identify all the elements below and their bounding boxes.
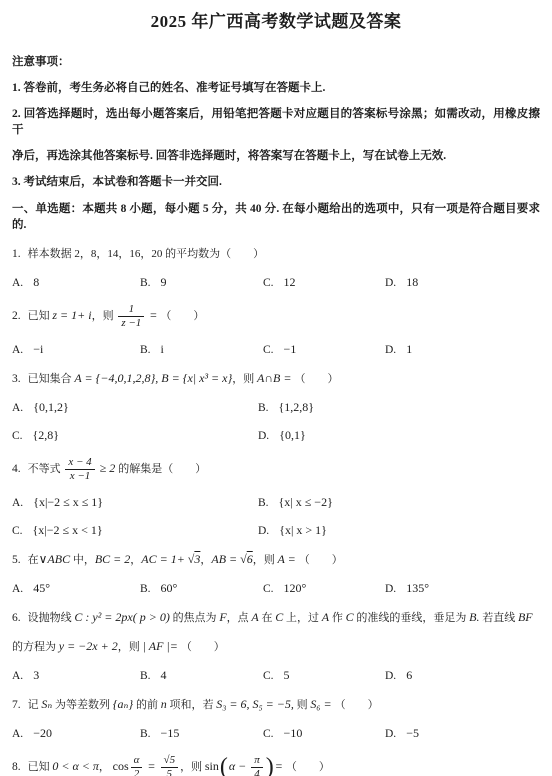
option-d: D.6 — [385, 668, 540, 683]
question-4: 4.不等式 x − 4x −1 ≥ 2 的解集是（ ）A.{x|−2 ≤ x ≤… — [12, 456, 540, 538]
exam-document-page: 2025 年广西高考数学试题及答案 注意事项： 1. 答卷前，考生务必将自己的姓… — [0, 0, 552, 776]
options-row: A.8B.9C.12D.18 — [12, 275, 540, 290]
option-label: A. — [12, 402, 23, 414]
text-run: 在 — [28, 554, 39, 566]
fraction-numerator: x − 4 — [65, 456, 94, 470]
option-value: −15 — [161, 726, 180, 740]
text-run: 的前 — [133, 699, 161, 711]
option-d: D.1 — [385, 342, 540, 357]
section-heading: 一、单选题：本题共 8 小题，每小题 5 分，共 40 分. 在每小题给出的选项… — [12, 201, 540, 233]
option-label: C. — [263, 344, 274, 356]
notice-line-2: 2. 回答选择题时，选出每小题答案后，用铅笔把答题卡对应题目的答案标号涂黑；如需… — [12, 106, 540, 138]
math-run: S₃ = 6, S₅ = −5, — [216, 697, 294, 711]
text-run: ，则 — [92, 310, 117, 322]
options-row: A.{0,1,2}B.{1,2,8}C.{2,8}D.{0,1} — [12, 400, 540, 443]
fraction: x − 4x −1 — [65, 456, 94, 483]
option-a: A.8 — [12, 275, 140, 290]
text-run: （ ） — [181, 641, 225, 653]
math-run: C — [346, 610, 354, 624]
option-value: 135° — [406, 581, 429, 595]
question-number: 6. — [12, 612, 21, 624]
option-a: A.−20 — [12, 726, 140, 741]
text-run: ， — [200, 554, 211, 566]
text-run: 在 — [259, 612, 276, 624]
option-value: 45° — [33, 581, 50, 595]
question-number: 4. — [12, 463, 21, 475]
text-run: ，则 — [180, 761, 205, 773]
text-run: 记 — [28, 699, 42, 711]
option-value: 4 — [161, 668, 167, 682]
text-run: 上，过 — [283, 612, 322, 624]
option-b: B.60° — [140, 581, 263, 596]
math-run: y = −2x + 2 — [59, 639, 118, 653]
math-run: A — [251, 610, 258, 624]
function-name: sin — [205, 759, 219, 773]
option-value: −i — [33, 342, 43, 356]
text-run: 已知集合 — [28, 373, 75, 385]
option-label: C. — [263, 277, 274, 289]
option-b: B.{1,2,8} — [258, 400, 540, 415]
question-number: 1. — [12, 248, 21, 260]
math-run: 0 < α < π — [52, 759, 99, 773]
option-label: A. — [12, 728, 23, 740]
option-label: C. — [12, 525, 23, 537]
question-number: 5. — [12, 554, 21, 566]
math-run: = — [275, 759, 286, 773]
question-stem-line: 8.已知 0 < α < π， cosα2 = √55，则 sin(α − π4… — [12, 754, 540, 776]
fraction: √55 — [161, 754, 179, 776]
option-value: 60° — [161, 581, 178, 595]
fraction-denominator: 5 — [161, 768, 179, 776]
option-c: C.12 — [263, 275, 385, 290]
fraction-numerator: √5 — [161, 754, 179, 768]
question-stem-line: 3.已知集合 A = {−4,0,1,2,8}, B = {x| x³ = x}… — [12, 370, 540, 388]
question-stem-line: 的方程为 y = −2x + 2，则 | AF |= （ ） — [12, 638, 540, 656]
text-run: 设抛物线 — [28, 612, 75, 624]
math-run: B. — [469, 610, 479, 624]
question-6: 6.设抛物线 C : y² = 2px( p > 0) 的焦点为 F，点 A 在… — [12, 609, 540, 683]
option-label: B. — [258, 402, 269, 414]
option-value: {x|−2 ≤ x ≤ 1} — [33, 495, 103, 509]
math-run: AC = 1+ — [141, 552, 188, 566]
fraction-numerator: 1 — [118, 303, 144, 317]
text-run: 的焦点为 — [170, 612, 220, 624]
option-c: C.{2,8} — [12, 428, 258, 443]
question-1: 1.样本数据 2，8，14，16，20 的平均数为（ ）A.8B.9C.12D.… — [12, 246, 540, 290]
math-run: | AF |= — [142, 639, 180, 653]
big-paren: ( — [220, 754, 228, 776]
option-label: C. — [263, 583, 274, 595]
option-c: C.{x|−2 ≤ x < 1} — [12, 523, 258, 538]
fraction-denominator: z −1 — [118, 317, 144, 330]
option-label: A. — [12, 344, 23, 356]
notice-section: 注意事项： 1. 答卷前，考生务必将自己的姓名、准考证号填写在答题卡上.2. 回… — [12, 54, 540, 190]
text-run: ，则 — [118, 641, 143, 653]
math-run: C : y² = 2px( p > 0) — [74, 610, 169, 624]
option-value: i — [161, 342, 164, 356]
option-value: {x|−2 ≤ x < 1} — [33, 523, 103, 537]
question-stem-line: 5.在∨ABC 中，BC = 2，AC = 1+ √3，AB = √6，则 A … — [12, 551, 540, 569]
question-number: 3. — [12, 373, 21, 385]
option-label: B. — [140, 344, 151, 356]
option-d: D.{0,1} — [258, 428, 540, 443]
math-run: z = 1+ i — [52, 308, 91, 322]
option-label: A. — [12, 670, 23, 682]
questions: 1.样本数据 2，8，14，16，20 的平均数为（ ）A.8B.9C.12D.… — [12, 246, 540, 776]
math-run: ≥ 2 — [97, 461, 119, 475]
option-label: A. — [12, 583, 23, 595]
option-value: −20 — [33, 726, 52, 740]
math-run: S₆ = — [310, 697, 334, 711]
option-label: D. — [258, 525, 269, 537]
option-label: D. — [385, 344, 396, 356]
option-label: A. — [12, 497, 23, 509]
notice-lines: 1. 答卷前，考生务必将自己的姓名、准考证号填写在答题卡上.2. 回答选择题时，… — [12, 80, 540, 190]
question-stem-line: 7.记 Sₙ 为等差数列 {aₙ} 的前 n 项和，若 S₃ = 6, S₅ =… — [12, 696, 540, 714]
option-c: C.−1 — [263, 342, 385, 357]
option-label: D. — [385, 277, 396, 289]
text-run: 的解集是（ ） — [118, 463, 206, 475]
text-run: 的准线的垂线，垂足为 — [354, 612, 470, 624]
option-value: 9 — [161, 275, 167, 289]
text-run: 的方程为 — [12, 641, 59, 653]
fraction: 1z −1 — [118, 303, 144, 330]
option-c: C.−10 — [263, 726, 385, 741]
option-value: {2,8} — [33, 428, 60, 442]
option-label: D. — [385, 728, 396, 740]
option-b: B.i — [140, 342, 263, 357]
option-value: −1 — [284, 342, 297, 356]
option-a: A.−i — [12, 342, 140, 357]
math-run: F — [219, 610, 226, 624]
option-value: 5 — [284, 668, 290, 682]
question-8: 8.已知 0 < α < π， cosα2 = √55，则 sin(α − π4… — [12, 754, 540, 776]
big-paren: ) — [266, 754, 274, 776]
math-run: = — [144, 759, 158, 773]
question-2: 2.已知 z = 1+ i，则 1z −1 = （ ）A.−iB.iC.−1D.… — [12, 303, 540, 357]
text-run: 不等式 — [28, 463, 64, 475]
option-value: {0,1,2} — [33, 400, 69, 414]
question-stem-line: 4.不等式 x − 4x −1 ≥ 2 的解集是（ ） — [12, 456, 540, 483]
math-run: BC = 2 — [95, 552, 130, 566]
option-c: C.120° — [263, 581, 385, 596]
math-run: ∨ABC — [39, 552, 70, 566]
math-run: {aₙ} — [113, 697, 133, 711]
math-run: Sₙ — [41, 697, 52, 711]
option-value: 3 — [33, 668, 39, 682]
option-label: B. — [140, 670, 151, 682]
math-run: A = — [278, 552, 299, 566]
options-row: A.45°B.60°C.120°D.135° — [12, 581, 540, 596]
option-a: A.{x|−2 ≤ x ≤ 1} — [12, 495, 258, 510]
notice-heading: 注意事项： — [12, 54, 540, 70]
option-value: −5 — [406, 726, 419, 740]
question-stem-line: 6.设抛物线 C : y² = 2px( p > 0) 的焦点为 F，点 A 在… — [12, 609, 540, 627]
option-d: D.{x| x > 1} — [258, 523, 540, 538]
fraction-numerator: π — [251, 754, 263, 768]
function-name: cos — [113, 759, 129, 773]
question-7: 7.记 Sₙ 为等差数列 {aₙ} 的前 n 项和，若 S₃ = 6, S₅ =… — [12, 696, 540, 741]
math-run: A∩B = — [257, 371, 294, 385]
option-label: D. — [385, 670, 396, 682]
option-label: C. — [12, 430, 23, 442]
option-label: B. — [140, 728, 151, 740]
options-row: A.−iB.iC.−1D.1 — [12, 342, 540, 357]
fraction-numerator: α — [131, 754, 143, 768]
option-a: A.45° — [12, 581, 140, 596]
question-number: 2. — [12, 310, 21, 322]
fraction-denominator: 4 — [251, 768, 263, 776]
option-d: D.−5 — [385, 726, 540, 741]
option-label: B. — [140, 583, 151, 595]
option-d: D.18 — [385, 275, 540, 290]
fraction: π4 — [251, 754, 263, 776]
option-value: 1 — [406, 342, 412, 356]
option-b: B.−15 — [140, 726, 263, 741]
text-run: 作 — [329, 612, 346, 624]
notice-line-3: 净后，再选涂其他答案标号. 回答非选择题时，将答案写在答题卡上，写在试卷上无效. — [12, 148, 540, 164]
option-value: {x| x ≤ −2} — [279, 495, 333, 509]
radical: √3 — [188, 552, 201, 566]
option-value: 6 — [406, 668, 412, 682]
option-b: B.4 — [140, 668, 263, 683]
option-value: −10 — [284, 726, 303, 740]
option-a: A.{0,1,2} — [12, 400, 258, 415]
text-run: 已知 — [28, 310, 53, 322]
math-run: α − — [229, 759, 249, 773]
notice-line-4: 3. 考试结束后，本试卷和答题卡一并交回. — [12, 174, 540, 190]
option-value: 120° — [284, 581, 307, 595]
fraction-denominator: x −1 — [65, 470, 94, 483]
option-label: B. — [258, 497, 269, 509]
text-run: （ ） — [299, 554, 343, 566]
options-row: A.{x|−2 ≤ x ≤ 1}B.{x| x ≤ −2}C.{x|−2 ≤ x… — [12, 495, 540, 538]
text-run: ，则 — [253, 554, 278, 566]
text-run: （ ） — [160, 310, 204, 322]
options-row: A.−20B.−15C.−10D.−5 — [12, 726, 540, 741]
text-run: ， — [99, 761, 113, 773]
text-run: （ ） — [294, 373, 338, 385]
option-label: C. — [263, 728, 274, 740]
option-label: C. — [263, 670, 274, 682]
fraction-denominator: 2 — [131, 768, 143, 776]
text-run: 为等差数列 — [52, 699, 113, 711]
math-run: A — [322, 610, 329, 624]
option-value: 8 — [33, 275, 39, 289]
text-run: ， — [130, 554, 141, 566]
options-row: A.3B.4C.5D.6 — [12, 668, 540, 683]
question-stem-line: 2.已知 z = 1+ i，则 1z −1 = （ ） — [12, 303, 540, 330]
option-value: {x| x > 1} — [279, 523, 327, 537]
text-run: （ ） — [335, 699, 379, 711]
math-run: AB = — [211, 552, 240, 566]
option-label: D. — [385, 583, 396, 595]
option-value: 18 — [406, 275, 418, 289]
question-number: 8. — [12, 761, 21, 773]
fraction: α2 — [131, 754, 143, 776]
text-run: 已知 — [28, 761, 53, 773]
document-title: 2025 年广西高考数学试题及答案 — [12, 10, 540, 34]
text-run: 项和，若 — [167, 699, 217, 711]
text-run: 若直线 — [479, 612, 518, 624]
text-run: （ ） — [286, 761, 330, 773]
question-3: 3.已知集合 A = {−4,0,1,2,8}, B = {x| x³ = x}… — [12, 370, 540, 443]
option-d: D.135° — [385, 581, 540, 596]
option-b: B.{x| x ≤ −2} — [258, 495, 540, 510]
question-5: 5.在∨ABC 中，BC = 2，AC = 1+ √3，AB = √6，则 A … — [12, 551, 540, 596]
text-run: ，则 — [232, 373, 257, 385]
math-run: BF — [518, 610, 533, 624]
math-run: A = {−4,0,1,2,8}, B = {x| x³ = x} — [74, 371, 232, 385]
option-value: 12 — [284, 275, 296, 289]
radical: √6 — [240, 552, 253, 566]
option-c: C.5 — [263, 668, 385, 683]
option-label: A. — [12, 277, 23, 289]
notice-line-1: 1. 答卷前，考生务必将自己的姓名、准考证号填写在答题卡上. — [12, 80, 540, 96]
math-run: = — [146, 308, 160, 322]
option-value: {0,1} — [279, 428, 306, 442]
question-stem-line: 1.样本数据 2，8，14，16，20 的平均数为（ ） — [12, 246, 540, 263]
option-b: B.9 — [140, 275, 263, 290]
text-run: ，点 — [227, 612, 252, 624]
text-run: 则 — [294, 699, 311, 711]
option-label: B. — [140, 277, 151, 289]
option-value: {1,2,8} — [279, 400, 315, 414]
question-number: 7. — [12, 699, 21, 711]
text-run: 中， — [70, 554, 95, 566]
option-label: D. — [258, 430, 269, 442]
text-run: 样本数据 2，8，14，16，20 的平均数为（ ） — [28, 248, 265, 260]
option-a: A.3 — [12, 668, 140, 683]
